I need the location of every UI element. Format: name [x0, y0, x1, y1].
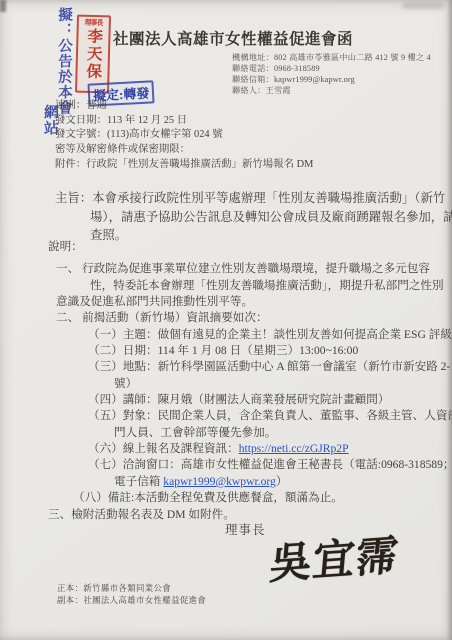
copy-recipient: 副本：社團法人高雄市女性權益促進會 [57, 595, 206, 607]
body-line: 電子信箱 kapwr1999@kwpwr.org） [48, 474, 452, 490]
red-approval-stamp: 理事長 李天保 [75, 15, 111, 94]
chairman-title: 理事長 [225, 520, 266, 538]
body-line: （八）備註:本活動全程免費及供應餐盒，額滿為止。 [48, 490, 452, 506]
contact-person: 聯絡人：王雪霞 [232, 86, 431, 97]
meta-doc-number: 發文字號：(113)高市女權字第 024 號 [55, 128, 313, 143]
body-line: （二）日期：114 年 1 月 08 日（星期三）13:00~16:00 [48, 343, 452, 359]
document-meta: 速別：普通 發文日期：113 年 12 月 25 日 發文字號：(113)高市女… [55, 99, 313, 173]
contact-phone: 聯絡電話：0968-318589 [232, 64, 431, 75]
subject-section: 主旨：本會承接行政院性別平等處辦理「性別友善職場推廣活動」（新竹 場），請惠予協… [55, 189, 449, 245]
document-page: 擬：公告於本會 網站 理事長 李天保 擬定:轉發 社團法人高雄市女性權益促進會函… [0, 0, 452, 640]
distribution-list: 正本：新竹縣市各類同業公會 副本：社團法人高雄市女性權益促進會 [57, 583, 206, 608]
body-line: 一、 行政院為促進事業單位建立性別友善職場環境，提升職場之多元包容 [48, 261, 452, 277]
body-line: 意識及促進私部門共同推動性別平等。 [48, 294, 452, 310]
body-line: （六）線上報名及課程資訊：https://neti.cc/zGJRp2P [48, 441, 452, 457]
handwritten-note-line1: 擬：公告於本會 [54, 7, 75, 108]
body-line: （七）洽詢窗口：高雄市女性權益促進會王秘書長（電話:0968-318589； [48, 457, 452, 473]
body-line: （四）講師：陳月娥（財團法人商業發展研究院計畫顧問） [48, 392, 452, 408]
email-suffix-text: ） [276, 475, 288, 488]
body-line: 二、 前揭活動（新竹場）資訊摘要如次： [48, 310, 452, 326]
body-line: （三）地點：新竹科學園區活動中心 A 館第一會議室（新竹市新安路 2-1 [48, 359, 452, 375]
red-stamp-name: 李天保 [85, 28, 102, 81]
document-title: 社團法人高雄市女性權益促進會函 [113, 27, 353, 49]
body-line: （五）對象：民間企業人員，含企業負責人、董監事、各級主管、人資部 [48, 408, 452, 424]
scan-smudge [402, 2, 444, 9]
subject-line: 場），請惠予協助公告訊息及轉知公會成員及廠商踴躍報名參加，請 [55, 208, 449, 227]
meta-attachment: 附件：行政院「性別友善職場推廣活動」新竹場報名 DM [55, 158, 313, 173]
original-recipient: 正本：新竹縣市各類同業公會 [57, 583, 206, 595]
explanation-label: 說明： [48, 239, 452, 255]
body-line: 門人員、工會幹部等優先參加。 [48, 425, 452, 441]
contact-email-link[interactable]: kapwr1999@kwpwr.org [163, 475, 276, 488]
registration-url-link[interactable]: https://neti.cc/zGJRp2P [239, 442, 349, 455]
contact-info: 機構地址：802 高雄市苓雅區中山二路 412 號 9 樓之 4 聯絡電話：09… [232, 53, 431, 97]
scan-mark [0, 0, 6, 12]
subject-line: 主旨：本會承接行政院性別平等處辦理「性別友善職場推廣活動」（新竹 [55, 189, 449, 208]
contact-address: 機構地址：802 高雄市苓雅區中山二路 412 號 9 樓之 4 [232, 53, 431, 64]
registration-text: （六）線上報名及課程資訊： [88, 442, 239, 455]
meta-issue-date: 發文日期：113 年 12 月 25 日 [55, 114, 313, 129]
body-line: （一）主題：做個有遠見的企業主！談性別友善如何提高企業 ESG 評級 [48, 327, 452, 343]
contact-email: 聯絡信箱：kapwr1999@kapwr.org [232, 75, 431, 86]
scan-edge-shadow [447, 0, 452, 640]
meta-classification: 密等及解密條件或保密期限： [55, 143, 313, 158]
body-line: 性，特委託本會辦理「性別友善職場推廣活動」，期提升私部門之性別 [48, 278, 452, 294]
explanation-section: 說明： 一、 行政院為促進事業單位建立性別友善職場環境，提升職場之多元包容 性，… [48, 239, 452, 523]
email-prefix-text: 電子信箱 [114, 475, 163, 488]
meta-speed: 速別：普通 [55, 99, 313, 114]
chairman-signature: 吳宜霈 [268, 522, 402, 592]
red-stamp-role: 理事長 [85, 18, 103, 27]
body-line: 號） [48, 376, 452, 392]
